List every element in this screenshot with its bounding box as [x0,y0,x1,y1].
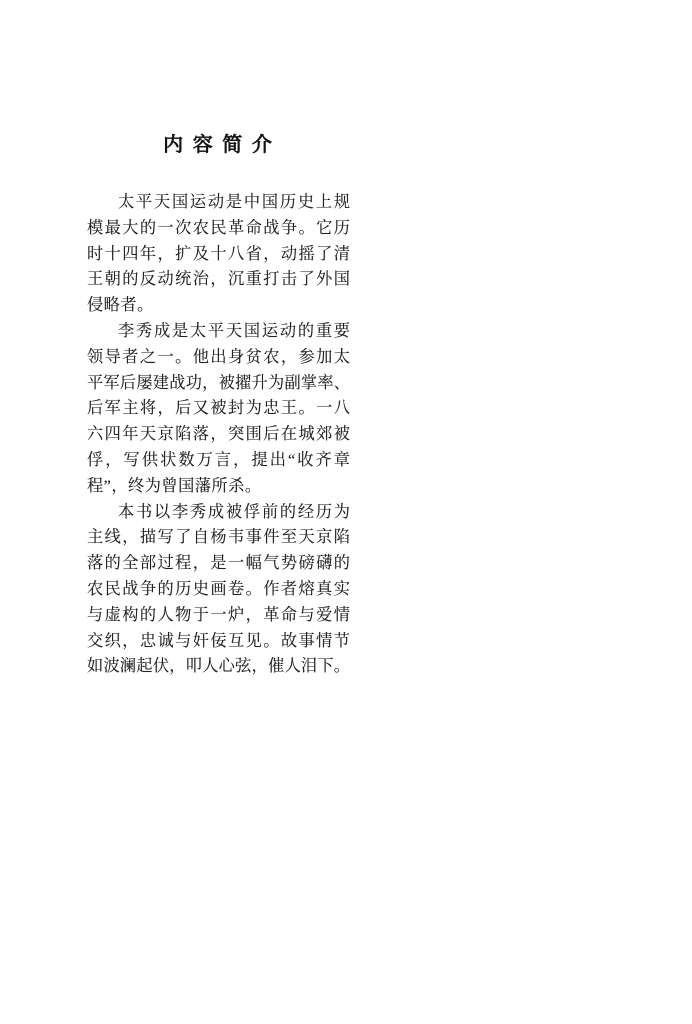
text-line: 平军后屡建战功，被擢升为副掌率、 [87,371,350,397]
synopsis-text: 太平天国运动是中国历史上规 模最大的一次农民革命战争。它历 时十四年，扩及十八省… [87,190,350,680]
text-line: 模最大的一次农民革命战争。它历 [87,216,350,242]
text-line: 王朝的反动统治，沉重打击了外国 [87,267,350,293]
text-line: 六四年天京陷落，突围后在城郊被 [87,422,350,448]
text-line: 如波澜起伏，叩人心弦，催人泪下。 [87,654,350,680]
paragraph-book-description: 本书以李秀成被俘前的经历为 主线，描写了自杨韦事件至天京陷 落的全部过程，是一幅… [87,500,350,681]
text-line: 李秀成是太平天国运动的重要 [87,319,350,345]
text-line: 程”，终为曾国藩所杀。 [87,474,350,500]
scanned-book-page: 内 容 简 介 太平天国运动是中国历史上规 模最大的一次农民革命战争。它历 时十… [0,0,692,1024]
text-line: 交织，忠诚与奸佞互见。故事情节 [87,629,350,655]
text-line: 主线，描写了自杨韦事件至天京陷 [87,525,350,551]
text-line: 落的全部过程，是一幅气势磅礴的 [87,551,350,577]
text-line: 与虚构的人物于一炉，革命与爱情 [87,603,350,629]
page-title: 内 容 简 介 [87,131,350,159]
paragraph-taiping-overview: 太平天国运动是中国历史上规 模最大的一次农民革命战争。它历 时十四年，扩及十八省… [87,190,350,319]
text-line: 俘，写供状数万言，提出“收齐章 [87,448,350,474]
text-line: 本书以李秀成被俘前的经历为 [87,500,350,526]
text-line: 后军主将，后又被封为忠王。一八 [87,396,350,422]
text-line: 侵略者。 [87,293,350,319]
text-line: 领导者之一。他出身贫农，参加太 [87,345,350,371]
paragraph-li-xiucheng-bio: 李秀成是太平天国运动的重要 领导者之一。他出身贫农，参加太 平军后屡建战功，被擢… [87,319,350,500]
text-line: 时十四年，扩及十八省，动摇了清 [87,242,350,268]
text-line: 太平天国运动是中国历史上规 [87,190,350,216]
text-line: 农民战争的历史画卷。作者熔真实 [87,577,350,603]
